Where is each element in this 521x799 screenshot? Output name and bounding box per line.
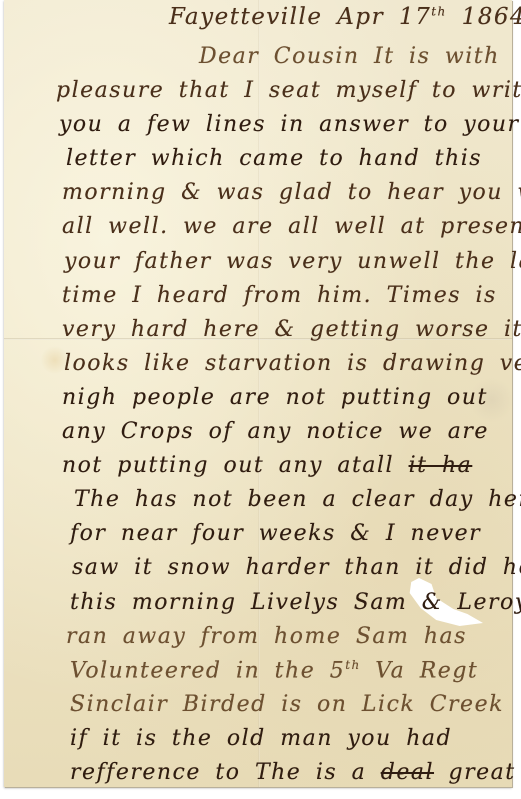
letter-line-9: very hard here & getting worse it bbox=[62, 317, 521, 342]
letter-line-15: for near four weeks & I never bbox=[70, 521, 481, 546]
letter-line-18: ran away from home Sam has bbox=[66, 624, 467, 649]
letter-line-14: The has not been a clear day here bbox=[74, 487, 521, 512]
heading-day-suffix: th bbox=[431, 4, 447, 18]
heading-place: Fayetteville bbox=[169, 4, 322, 30]
letter-line-17: this morning Livelys Sam & Leroy bbox=[70, 590, 521, 615]
ordinal-suffix: th bbox=[345, 658, 361, 672]
letter-line-6: all well. we are all well at present bbox=[62, 214, 521, 239]
letter-line-22: refference to The is a deal great bbox=[70, 760, 516, 785]
heading-year: 1864 bbox=[462, 4, 521, 30]
letter-line-12: any Crops of any notice we are bbox=[62, 419, 489, 444]
letter-line-16: saw it snow harder than it did here bbox=[72, 555, 521, 580]
letter-line-5: morning & was glad to hear you were bbox=[62, 180, 521, 205]
letter-line-20: Sinclair Birded is on Lick Creek bbox=[70, 692, 504, 717]
letter-line-21: if it is the old man you had bbox=[70, 726, 452, 751]
letter-heading: Fayetteville Apr 17th 1864 bbox=[169, 4, 521, 30]
heading-month: Apr bbox=[337, 4, 384, 30]
letter-line-1: Dear Cousin It is with bbox=[199, 44, 500, 69]
letter-line-3: you a few lines in answer to your bbox=[59, 112, 520, 137]
letter-line-22-text: refference to The is a bbox=[70, 760, 366, 785]
letter-line-13: not putting out any atall it ha bbox=[62, 453, 472, 478]
letter-line-11: nigh people are not putting out bbox=[62, 385, 488, 410]
heading-day: 17 bbox=[399, 4, 431, 30]
struck-out-text: it ha bbox=[409, 453, 473, 478]
letter-line-19-text: Volunteered in the 5 bbox=[70, 658, 345, 683]
letter-line-10: looks like starvation is drawing very bbox=[64, 351, 521, 376]
letter-line-7: your father was very unwell the last bbox=[64, 249, 521, 274]
regiment-text: Va Regt bbox=[375, 658, 478, 683]
letter-line-19: Volunteered in the 5th Va Regt bbox=[70, 658, 478, 683]
letter-line-13-text: not putting out any atall bbox=[62, 453, 394, 478]
letter-line-8: time I heard from him. Times is bbox=[62, 283, 497, 308]
letter-page: Fayetteville Apr 17th 1864 Dear Cousin I… bbox=[4, 0, 512, 787]
letter-line-4: letter which came to hand this bbox=[66, 146, 482, 171]
letter-line-22-tail: great bbox=[449, 760, 516, 785]
struck-out-text: deal bbox=[381, 760, 434, 785]
letter-line-2: pleasure that I seat myself to write bbox=[56, 78, 521, 103]
